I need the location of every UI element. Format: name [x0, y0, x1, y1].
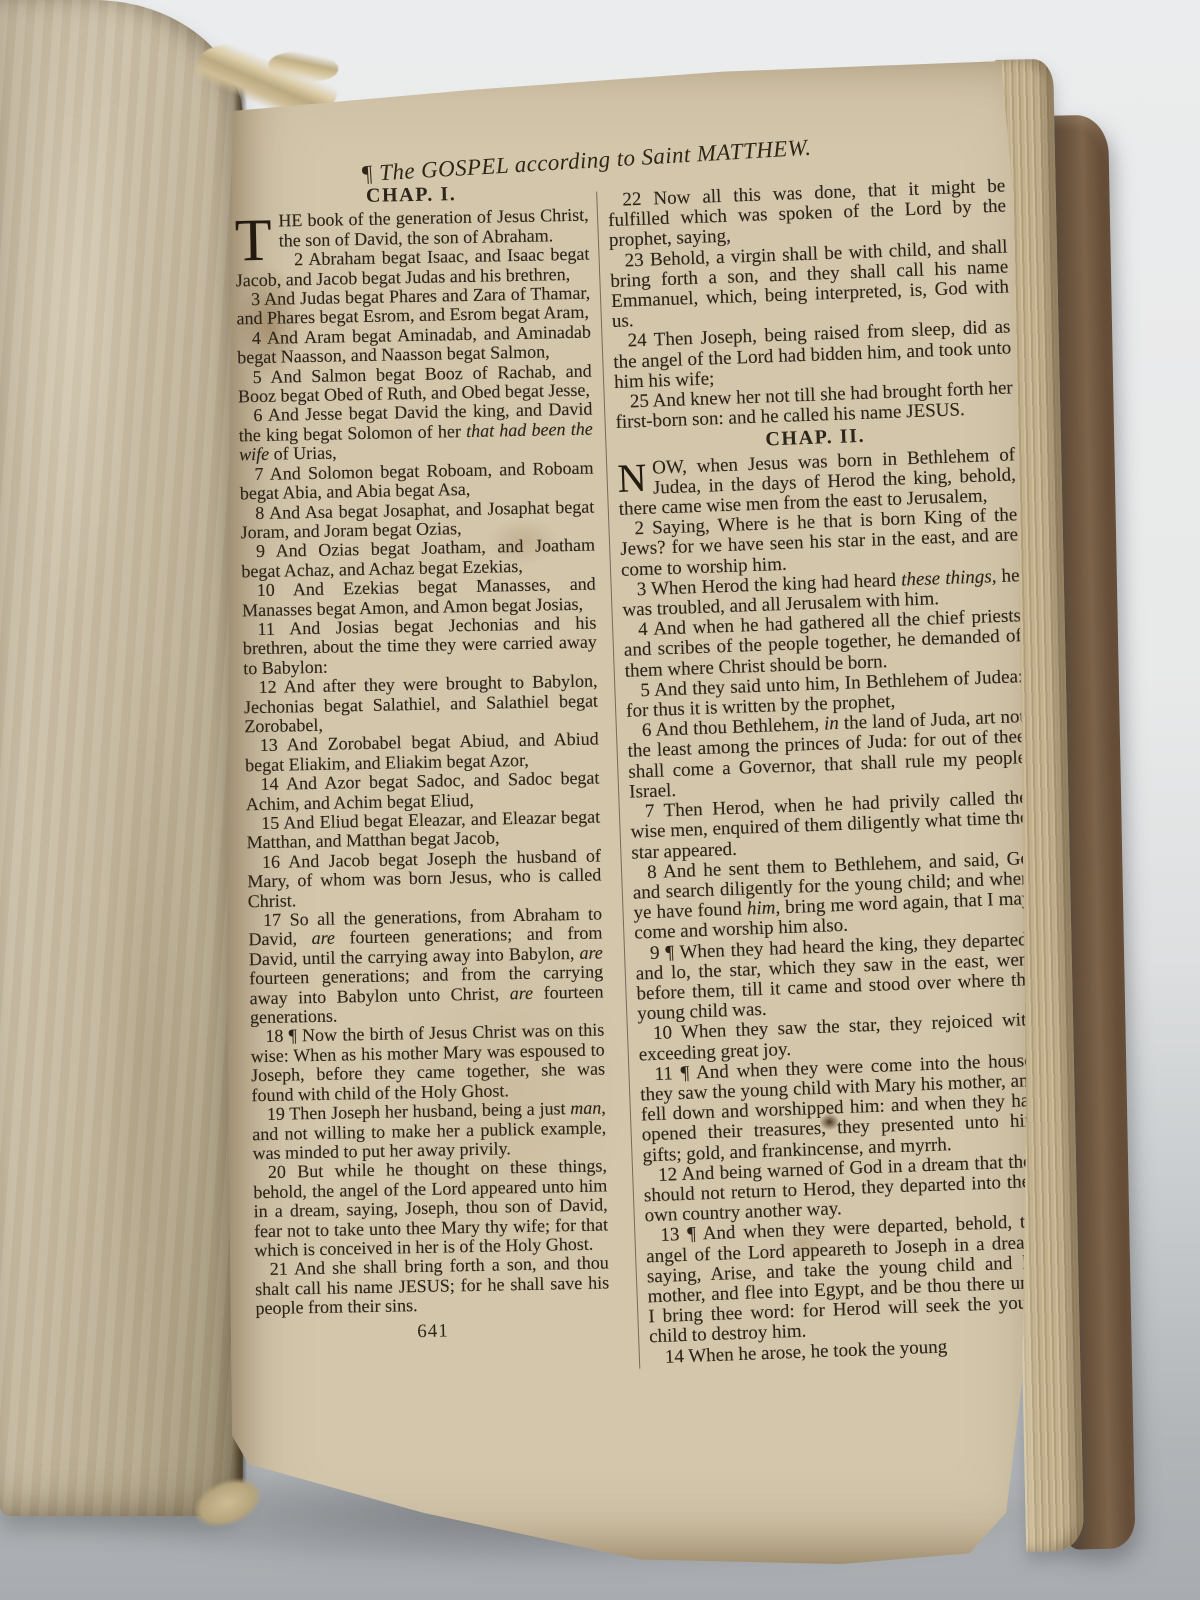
verse-number: 15	[261, 813, 279, 833]
verse-number: 23	[624, 249, 644, 271]
verse-number: 20	[268, 1162, 286, 1182]
verse-number: 17	[263, 910, 281, 930]
verse-number: 7	[645, 801, 655, 822]
verse-number: 18	[265, 1026, 283, 1046]
verse-number: 13	[260, 735, 278, 755]
bible-page: ¶ The GOSPEL according to Saint MATTHEW.…	[222, 52, 1058, 1564]
verse-number: 3	[251, 289, 260, 309]
verse-number: 11	[654, 1063, 673, 1085]
verse-number: 3	[636, 579, 646, 600]
verse-number: 13	[660, 1225, 680, 1247]
verse-1-18: 18 ¶ Now the birth of Jesus Christ was o…	[250, 1021, 605, 1105]
chapter-1-continuation-verses: 22 Now all this was done, that it might …	[607, 177, 1014, 434]
verse-number: 2	[634, 518, 644, 539]
verse-number: 12	[658, 1164, 678, 1186]
verse-number: 21	[270, 1259, 288, 1279]
verse-number: 9	[256, 541, 265, 561]
verse-number: 8	[647, 861, 657, 882]
verse-number: 10	[653, 1023, 673, 1045]
left-column: CHAP. I. THE book of the generation of J…	[234, 181, 610, 1345]
chapter-1-verses: THE book of the generation of Jesus Chri…	[235, 206, 610, 1319]
verse-number: 2	[294, 249, 303, 269]
verse-1-16: 16 And Jacob begat Joseph the husband of…	[247, 846, 602, 911]
verse-number: 6	[253, 405, 262, 425]
verse-1-17: 17 So all the generations, from Abraham …	[248, 904, 604, 1027]
drop-cap: T	[235, 212, 280, 267]
page-number: 641	[256, 1318, 610, 1344]
verse-number: 19	[267, 1104, 285, 1124]
verse-number: 9	[650, 942, 660, 963]
verse-number: 8	[255, 502, 264, 522]
verse-number: 14	[260, 774, 278, 794]
page-content: ¶ The GOSPEL according to Saint MATTHEW.…	[234, 52, 1034, 1362]
verse-number: 16	[262, 851, 280, 871]
verse-number: 5	[252, 367, 261, 387]
verse-number: 24	[627, 330, 647, 352]
verse-2-8: 8 And he sent them to Bethlehem, and sai…	[632, 849, 1033, 944]
verse-number: 25	[629, 391, 649, 413]
left-facing-page	[0, 0, 243, 1516]
verse-number: 4	[252, 328, 261, 348]
photo-scene: ¶ The GOSPEL according to Saint MATTHEW.…	[0, 0, 1200, 1600]
verse-number: 7	[254, 464, 263, 484]
verse-1-12: 12 And after they were brought to Babylo…	[243, 672, 598, 737]
drop-cap: N	[617, 458, 653, 495]
verse-number: 14	[665, 1346, 685, 1368]
verse-number: 6	[642, 720, 652, 741]
verse-1-19: 19 Then Joseph her husband, being a just…	[252, 1099, 607, 1164]
verse-number: 22	[622, 189, 642, 211]
right-column: 22 Now all this was done, that it might …	[596, 177, 1048, 1369]
verse-number: 12	[258, 677, 276, 697]
text-columns: CHAP. I. THE book of the generation of J…	[234, 184, 1034, 1362]
verse-1-21: 21 And she shall bring forth a son, and …	[255, 1254, 610, 1319]
chapter-2-verses: NOW, when Jesus was born in Bethlehem of…	[617, 445, 1048, 1368]
verse-number: 10	[257, 580, 275, 600]
verse-1-6: 6 And Jesse begat David the king, and Da…	[238, 400, 593, 465]
verse-number: 5	[640, 680, 650, 701]
verse-number: 11	[257, 619, 275, 639]
verse-2-13: 13 ¶ And when they were departed, behold…	[645, 1212, 1047, 1348]
verse-2-11: 11 ¶ And when they were come into the ho…	[639, 1051, 1040, 1167]
verse-1-20: 20 But while he thought on these things,…	[253, 1157, 609, 1261]
verse-number: 4	[638, 619, 648, 640]
verse-1-11: 11 And Josias begat Jechonias and his br…	[242, 613, 597, 678]
